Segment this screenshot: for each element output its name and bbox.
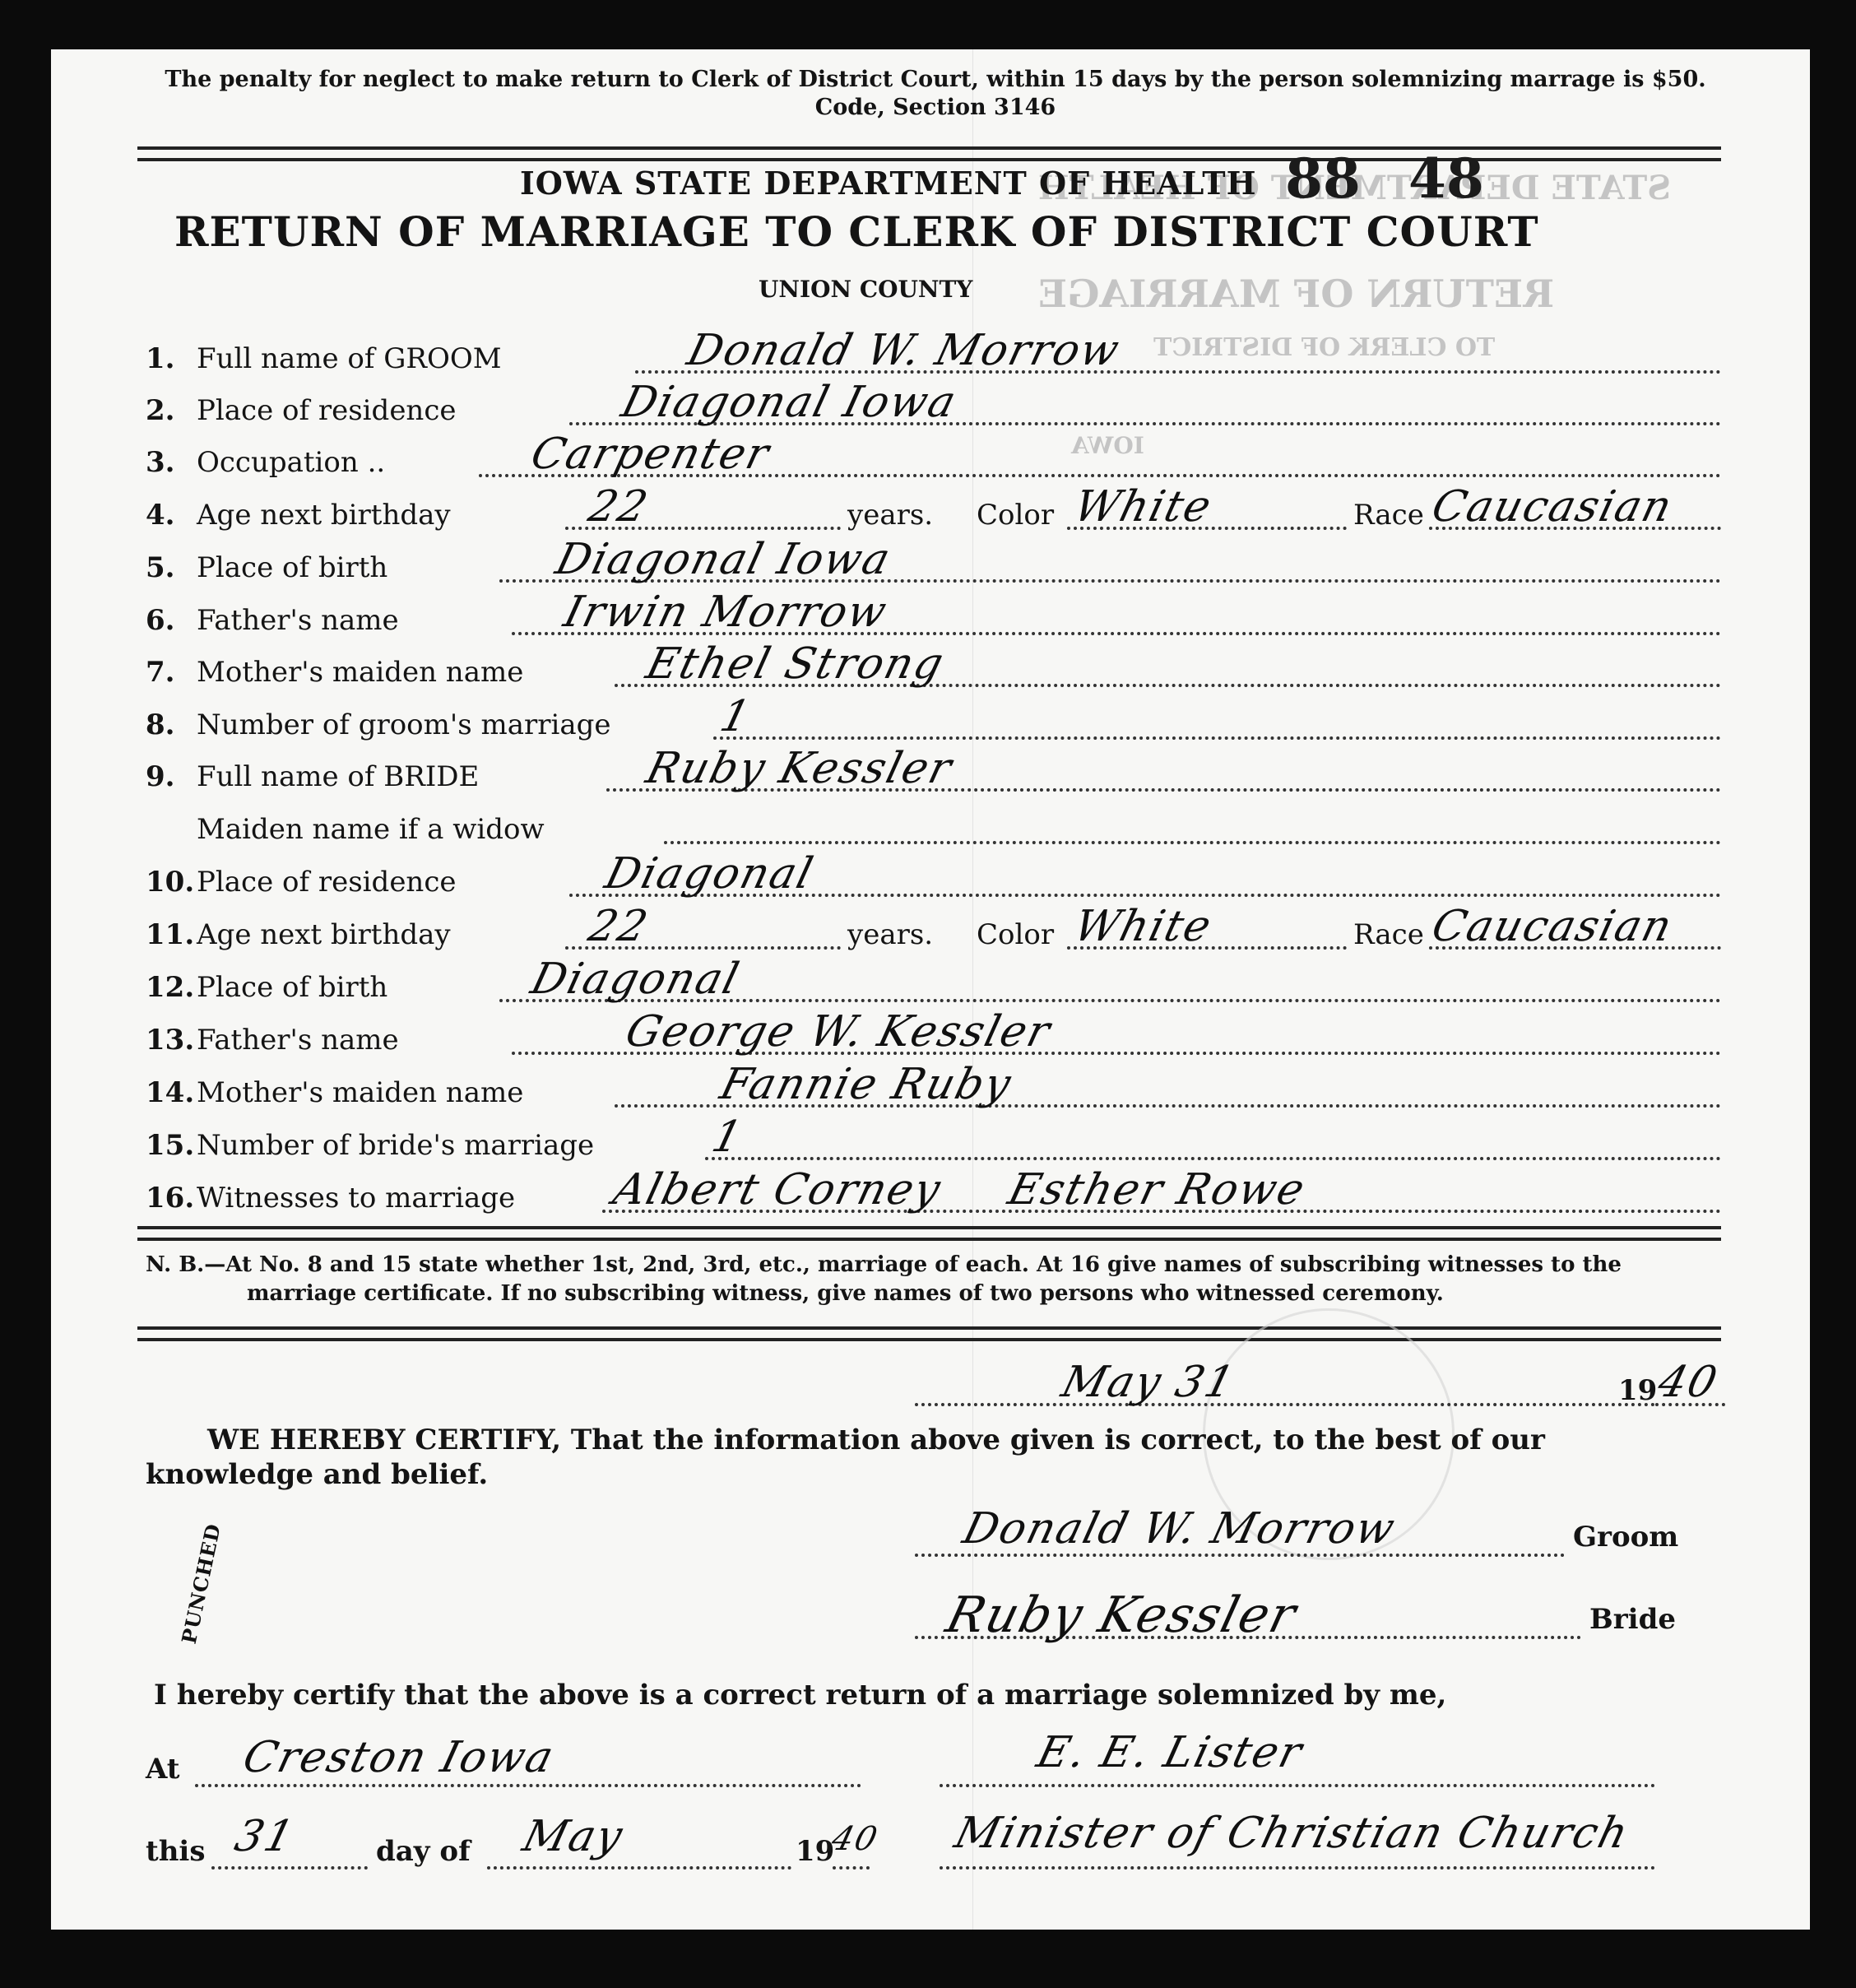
bride-signature-line: Ruby Kessler Bride bbox=[915, 1596, 1729, 1646]
officiant-signature-line: E. E. Lister bbox=[940, 1744, 1721, 1794]
groom-father-value[interactable]: Irwin Morrow bbox=[559, 588, 893, 637]
groom-color-value[interactable]: White bbox=[1070, 482, 1218, 532]
bride-race-value[interactable]: Caucasian bbox=[1427, 902, 1678, 951]
note-line-2: marriage certificate. If no subscribing … bbox=[247, 1281, 1444, 1306]
field-witnesses: 16. Witnesses to marriage Albert Corney … bbox=[146, 1177, 1721, 1218]
field-groom-age: 4. Age next birthday 22 years. Color Whi… bbox=[146, 494, 1721, 535]
field-groom-name: 1. Full name of GROOM Donald W. Morrow bbox=[146, 337, 1721, 379]
file-number-1: 88 bbox=[1285, 146, 1361, 211]
penalty-notice: The penalty for neglect to make return t… bbox=[133, 66, 1738, 122]
officiant-signature[interactable]: E. E. Lister bbox=[1032, 1728, 1308, 1777]
groom-name-value[interactable]: Donald W. Morrow bbox=[683, 326, 1125, 375]
field-bride-residence: 10. Place of residence Diagonal bbox=[146, 861, 1721, 902]
officiant-title[interactable]: Minister of Christian Church bbox=[950, 1809, 1635, 1858]
bride-birthplace-value[interactable]: Diagonal bbox=[527, 955, 745, 1004]
field-bride-widow-name: Maiden name if a widow bbox=[146, 808, 1721, 849]
ceremony-place-line: At Creston Iowa bbox=[146, 1744, 927, 1794]
field-groom-birthplace: 5. Place of birth Diagonal Iowa bbox=[146, 546, 1721, 588]
groom-label: Groom bbox=[1573, 1521, 1678, 1554]
punched-stamp: PUNCHED bbox=[177, 1521, 225, 1647]
ceremony-place-value[interactable]: Creston Iowa bbox=[239, 1733, 560, 1782]
bleed-through-text: RETURN OF MARRIAGE bbox=[1038, 272, 1554, 316]
note-line-1: N. B.—At No. 8 and 15 state whether 1st,… bbox=[146, 1252, 1622, 1277]
field-bride-age: 11. Age next birthday 22 years. Color Wh… bbox=[146, 913, 1721, 955]
certification-year-value[interactable]: 40 bbox=[1654, 1358, 1724, 1407]
groom-residence-value[interactable]: Diagonal Iowa bbox=[617, 378, 963, 427]
bride-mother-value[interactable]: Fannie Ruby bbox=[716, 1060, 1018, 1109]
groom-birthplace-value[interactable]: Diagonal Iowa bbox=[551, 535, 897, 584]
ceremony-day-value[interactable]: 31 bbox=[230, 1812, 300, 1861]
certify-statement-line-2: knowledge and belief. bbox=[146, 1458, 488, 1491]
bride-label: Bride bbox=[1589, 1603, 1676, 1636]
bride-residence-value[interactable]: Diagonal bbox=[601, 849, 819, 899]
field-bride-father: 13. Father's name George W. Kessler bbox=[146, 1019, 1721, 1060]
document-title: RETURN OF MARRIAGE TO CLERK OF DISTRICT … bbox=[174, 207, 1539, 256]
witness-2-value[interactable]: Esther Rowe bbox=[1004, 1165, 1311, 1215]
witness-1-value[interactable]: Albert Corney bbox=[609, 1165, 947, 1215]
officiant-statement: I hereby certify that the above is a cor… bbox=[154, 1679, 1446, 1712]
double-rule bbox=[137, 1226, 1721, 1241]
ceremony-date-line: this 31 day of May 19 40 bbox=[146, 1827, 927, 1876]
bride-father-value[interactable]: George W. Kessler bbox=[621, 1007, 1056, 1057]
field-groom-residence: 2. Place of residence Diagonal Iowa bbox=[146, 389, 1721, 430]
field-bride-mother: 14. Mother's maiden name Fannie Ruby bbox=[146, 1071, 1721, 1112]
groom-mother-value[interactable]: Ethel Strong bbox=[642, 639, 950, 689]
groom-age-value[interactable]: 22 bbox=[584, 482, 654, 532]
bride-signature[interactable]: Ruby Kessler bbox=[940, 1586, 1302, 1644]
certification-date-value[interactable]: May 31 bbox=[1057, 1358, 1241, 1407]
penalty-line-1: The penalty for neglect to make return t… bbox=[133, 66, 1738, 94]
ceremony-month-value[interactable]: May bbox=[518, 1812, 629, 1861]
officiant-title-line: Minister of Christian Church bbox=[940, 1827, 1803, 1876]
penalty-line-2: Code, Section 3146 bbox=[133, 94, 1738, 122]
ceremony-year-value[interactable]: 40 bbox=[828, 1820, 882, 1858]
field-bride-marriage-number: 15. Number of bride's marriage 1 bbox=[146, 1124, 1721, 1165]
groom-occupation-value[interactable]: Carpenter bbox=[527, 430, 776, 479]
bride-age-value[interactable]: 22 bbox=[584, 902, 654, 951]
field-bride-name: 9. Full name of BRIDE Ruby Kessler bbox=[146, 755, 1721, 797]
field-groom-occupation: 3. Occupation .. Carpenter bbox=[146, 441, 1721, 482]
marriage-return-document: The penalty for neglect to make return t… bbox=[51, 49, 1810, 1930]
double-rule bbox=[137, 1326, 1721, 1341]
groom-marriage-number-value[interactable]: 1 bbox=[716, 692, 757, 741]
groom-signature-line: Donald W. Morrow Groom bbox=[915, 1514, 1729, 1563]
field-bride-birthplace: 12. Place of birth Diagonal bbox=[146, 966, 1721, 1007]
groom-race-value[interactable]: Caucasian bbox=[1427, 482, 1678, 532]
bride-marriage-number-value[interactable]: 1 bbox=[708, 1112, 749, 1162]
file-number-2: 48 bbox=[1408, 146, 1484, 211]
bride-name-value[interactable]: Ruby Kessler bbox=[642, 744, 958, 793]
bride-color-value[interactable]: White bbox=[1070, 902, 1218, 951]
field-groom-father: 6. Father's name Irwin Morrow bbox=[146, 599, 1721, 640]
certification-date: May 31 19 40 bbox=[915, 1366, 1729, 1415]
certify-statement-line-1: WE HEREBY CERTIFY, That the information … bbox=[207, 1424, 1545, 1456]
county-name: UNION COUNTY bbox=[759, 276, 972, 303]
agency-name: IOWA STATE DEPARTMENT OF HEALTH bbox=[520, 165, 1256, 202]
field-groom-mother: 7. Mother's maiden name Ethel Strong bbox=[146, 651, 1721, 692]
field-groom-marriage-number: 8. Number of groom's marriage 1 bbox=[146, 704, 1721, 745]
groom-signature[interactable]: Donald W. Morrow bbox=[958, 1504, 1401, 1554]
